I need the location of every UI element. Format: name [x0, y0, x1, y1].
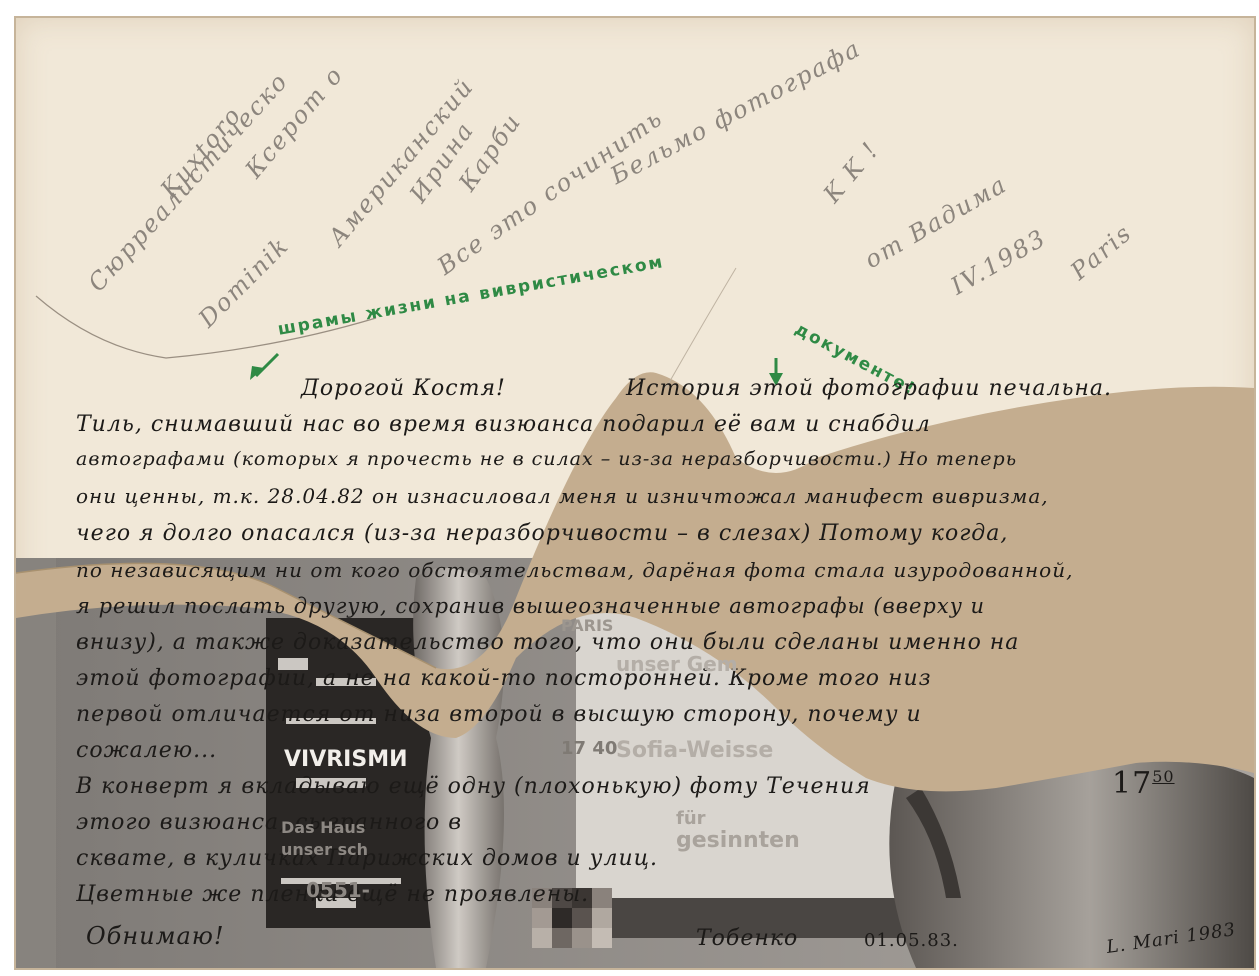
letter-date: 01.05.83. — [864, 930, 959, 951]
letter-signature: Тобенко — [696, 926, 798, 951]
sign-unser: unser Gem — [616, 652, 738, 676]
letter-line: они ценны, т.к. 28.04.82 он изнасиловал … — [76, 484, 1049, 508]
letter-line: я решил послать другую, сохранив вышеозн… — [76, 594, 985, 618]
letter-line: этого визюанса, сыгранного в — [76, 810, 462, 835]
letter-line: первой отличается от низа второй в высшу… — [76, 702, 922, 727]
letter-greeting: Дорогой Костя! — [301, 376, 506, 401]
letter-line: автографами (которых я прочесть не в сил… — [76, 448, 1017, 470]
time-stamp-hour: 17 — [1112, 766, 1152, 801]
letter-line: чего я долго опасался (из-за неразборчив… — [76, 521, 1008, 546]
time-stamp-minutes: 50 — [1152, 767, 1174, 786]
letter-line: сожалею... — [76, 738, 217, 763]
sign-fuer: für — [676, 808, 706, 829]
sign-das-haus: Das Haus — [281, 818, 365, 837]
sign-gesinnten: gesinnten — [676, 828, 800, 853]
sign-unser-2: unser sch — [281, 840, 368, 859]
sign-phone: 0551- — [306, 878, 370, 902]
letter-line: История этой фотографии печальна. — [626, 376, 1112, 401]
time-stamp: 1750 — [1112, 766, 1175, 801]
sign-paris: PARIS — [561, 616, 613, 635]
letter-line: В конверт я вкладываю ещё одну (плохоньк… — [76, 774, 871, 799]
letter-line: Тиль, снимавший нас во время визюанса по… — [76, 412, 931, 437]
sign-sofia: Sofia-Weisse — [616, 738, 773, 763]
letter-closing: Обнимаю! — [86, 922, 225, 950]
letter-line: внизу), а также доказательство того, что… — [76, 630, 1019, 655]
letter-line: по независящим ни от кого обстоятельства… — [76, 558, 1073, 582]
sign-time: 17 40 — [561, 738, 617, 759]
collage-card: VIVRISMИ Сюрреалистическо Kuxtoro Ксер — [14, 16, 1256, 970]
letter-line: этой фотографии, а не на какой-то постор… — [76, 666, 932, 691]
